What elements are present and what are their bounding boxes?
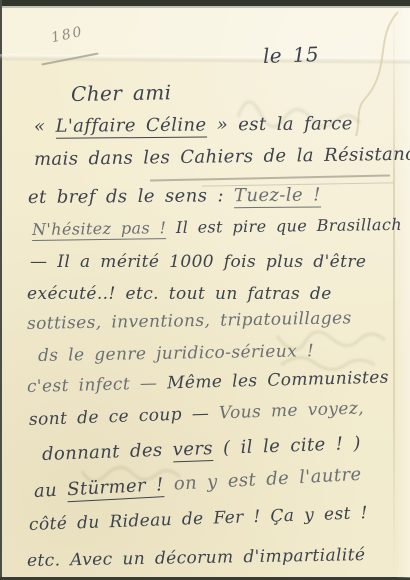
letter-date: le 15 [263,42,320,68]
text-segment: exécuté..! etc. tout un fatras de [27,284,332,304]
text-segment: mais dans les Cahiers de la Résistance [34,144,410,170]
text-segment: côté du Rideau de Fer ! Ça y est ! [29,503,368,535]
text-segment: et bref ds le sens : [28,185,234,208]
letter-greeting: Cher ami [71,80,172,106]
text-segment: « [34,116,56,137]
text-segment: ( il le cite ! ) [213,433,362,459]
letter-photo: 180 le 15 Cher ami « L'affaire Céline » … [0,0,410,580]
text-segment: L'affaire Céline [55,114,206,138]
text-segment: au [33,479,67,502]
letter-line: donnant des vers ( il le cite ! ) [42,433,362,465]
letter-line: — Il a mérité 1000 fois plus d'être [30,252,366,272]
text-segment: Même les Communistes [167,368,389,394]
text-segment: Stürmer ! [67,474,165,502]
text-segment: Tuez-le ! [234,184,321,208]
letter-line: « L'affaire Céline » est la farce [34,113,353,137]
pencil-underline [150,174,390,181]
letter-line: mais dans les Cahiers de la Résistance [34,144,410,170]
letter-line: côté du Rideau de Fer ! Ça y est ! [29,503,368,535]
letter-line: et bref ds le sens : Tuez-le ! [28,184,321,208]
text-segment: Vous me voyez, [219,398,365,423]
text-segment: — Il a mérité 1000 fois plus d'être [30,252,366,272]
pencil-lot-number: 180 [50,24,85,46]
text-segment: on y est de l'autre [163,464,362,495]
letter-line: exécuté..! etc. tout un fatras de [27,284,332,304]
text-segment: Il est pire que Brasillach ! [166,215,410,238]
letter-line: c'est infect — Même les Communistes [27,368,389,397]
text-segment: » est la farce [206,113,352,135]
letter-line: sont de ce coup — Vous me voyez, [29,398,365,430]
letter-line: etc. Avec un décorum d'impartialité [27,545,366,571]
letter-line: N'hésitez pas ! Il est pire que Brasilla… [32,215,410,239]
text-segment: vers [172,438,213,462]
text-segment: sont de ce coup — [29,403,220,430]
photo-left-edge [0,0,2,580]
text-segment: etc. Avec un décorum d'impartialité [27,545,366,571]
text-segment: c'est infect — [27,373,168,397]
text-segment: N'hésitez pas ! [32,218,167,241]
